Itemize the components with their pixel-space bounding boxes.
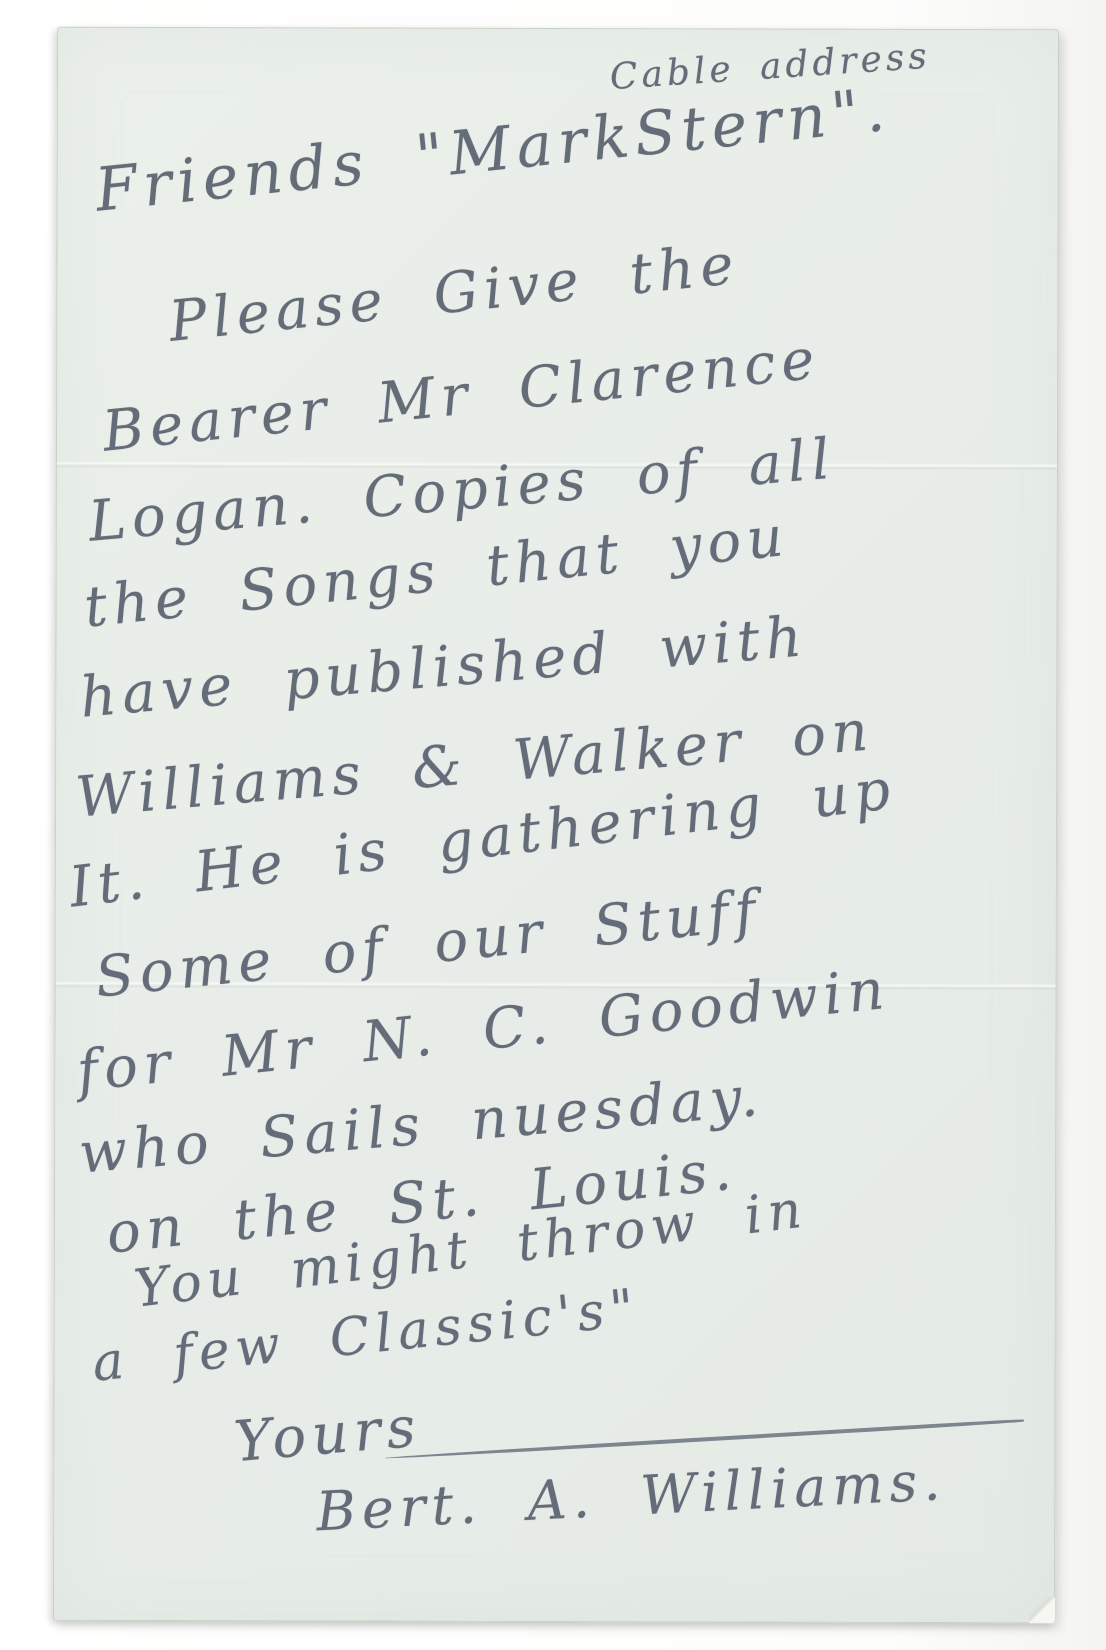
salutation-line: Friends "MarkStern". xyxy=(92,75,893,226)
closing-line: Yours xyxy=(232,1394,424,1475)
corner-fold xyxy=(1029,1597,1055,1623)
letter-paper: Cable address Friends "MarkStern". Pleas… xyxy=(53,27,1059,1624)
signature-line: Bert. A. Williams. xyxy=(315,1449,948,1543)
scan-background: Cable address Friends "MarkStern". Pleas… xyxy=(0,0,1106,1650)
body-line-1: Please Give the xyxy=(166,232,742,355)
